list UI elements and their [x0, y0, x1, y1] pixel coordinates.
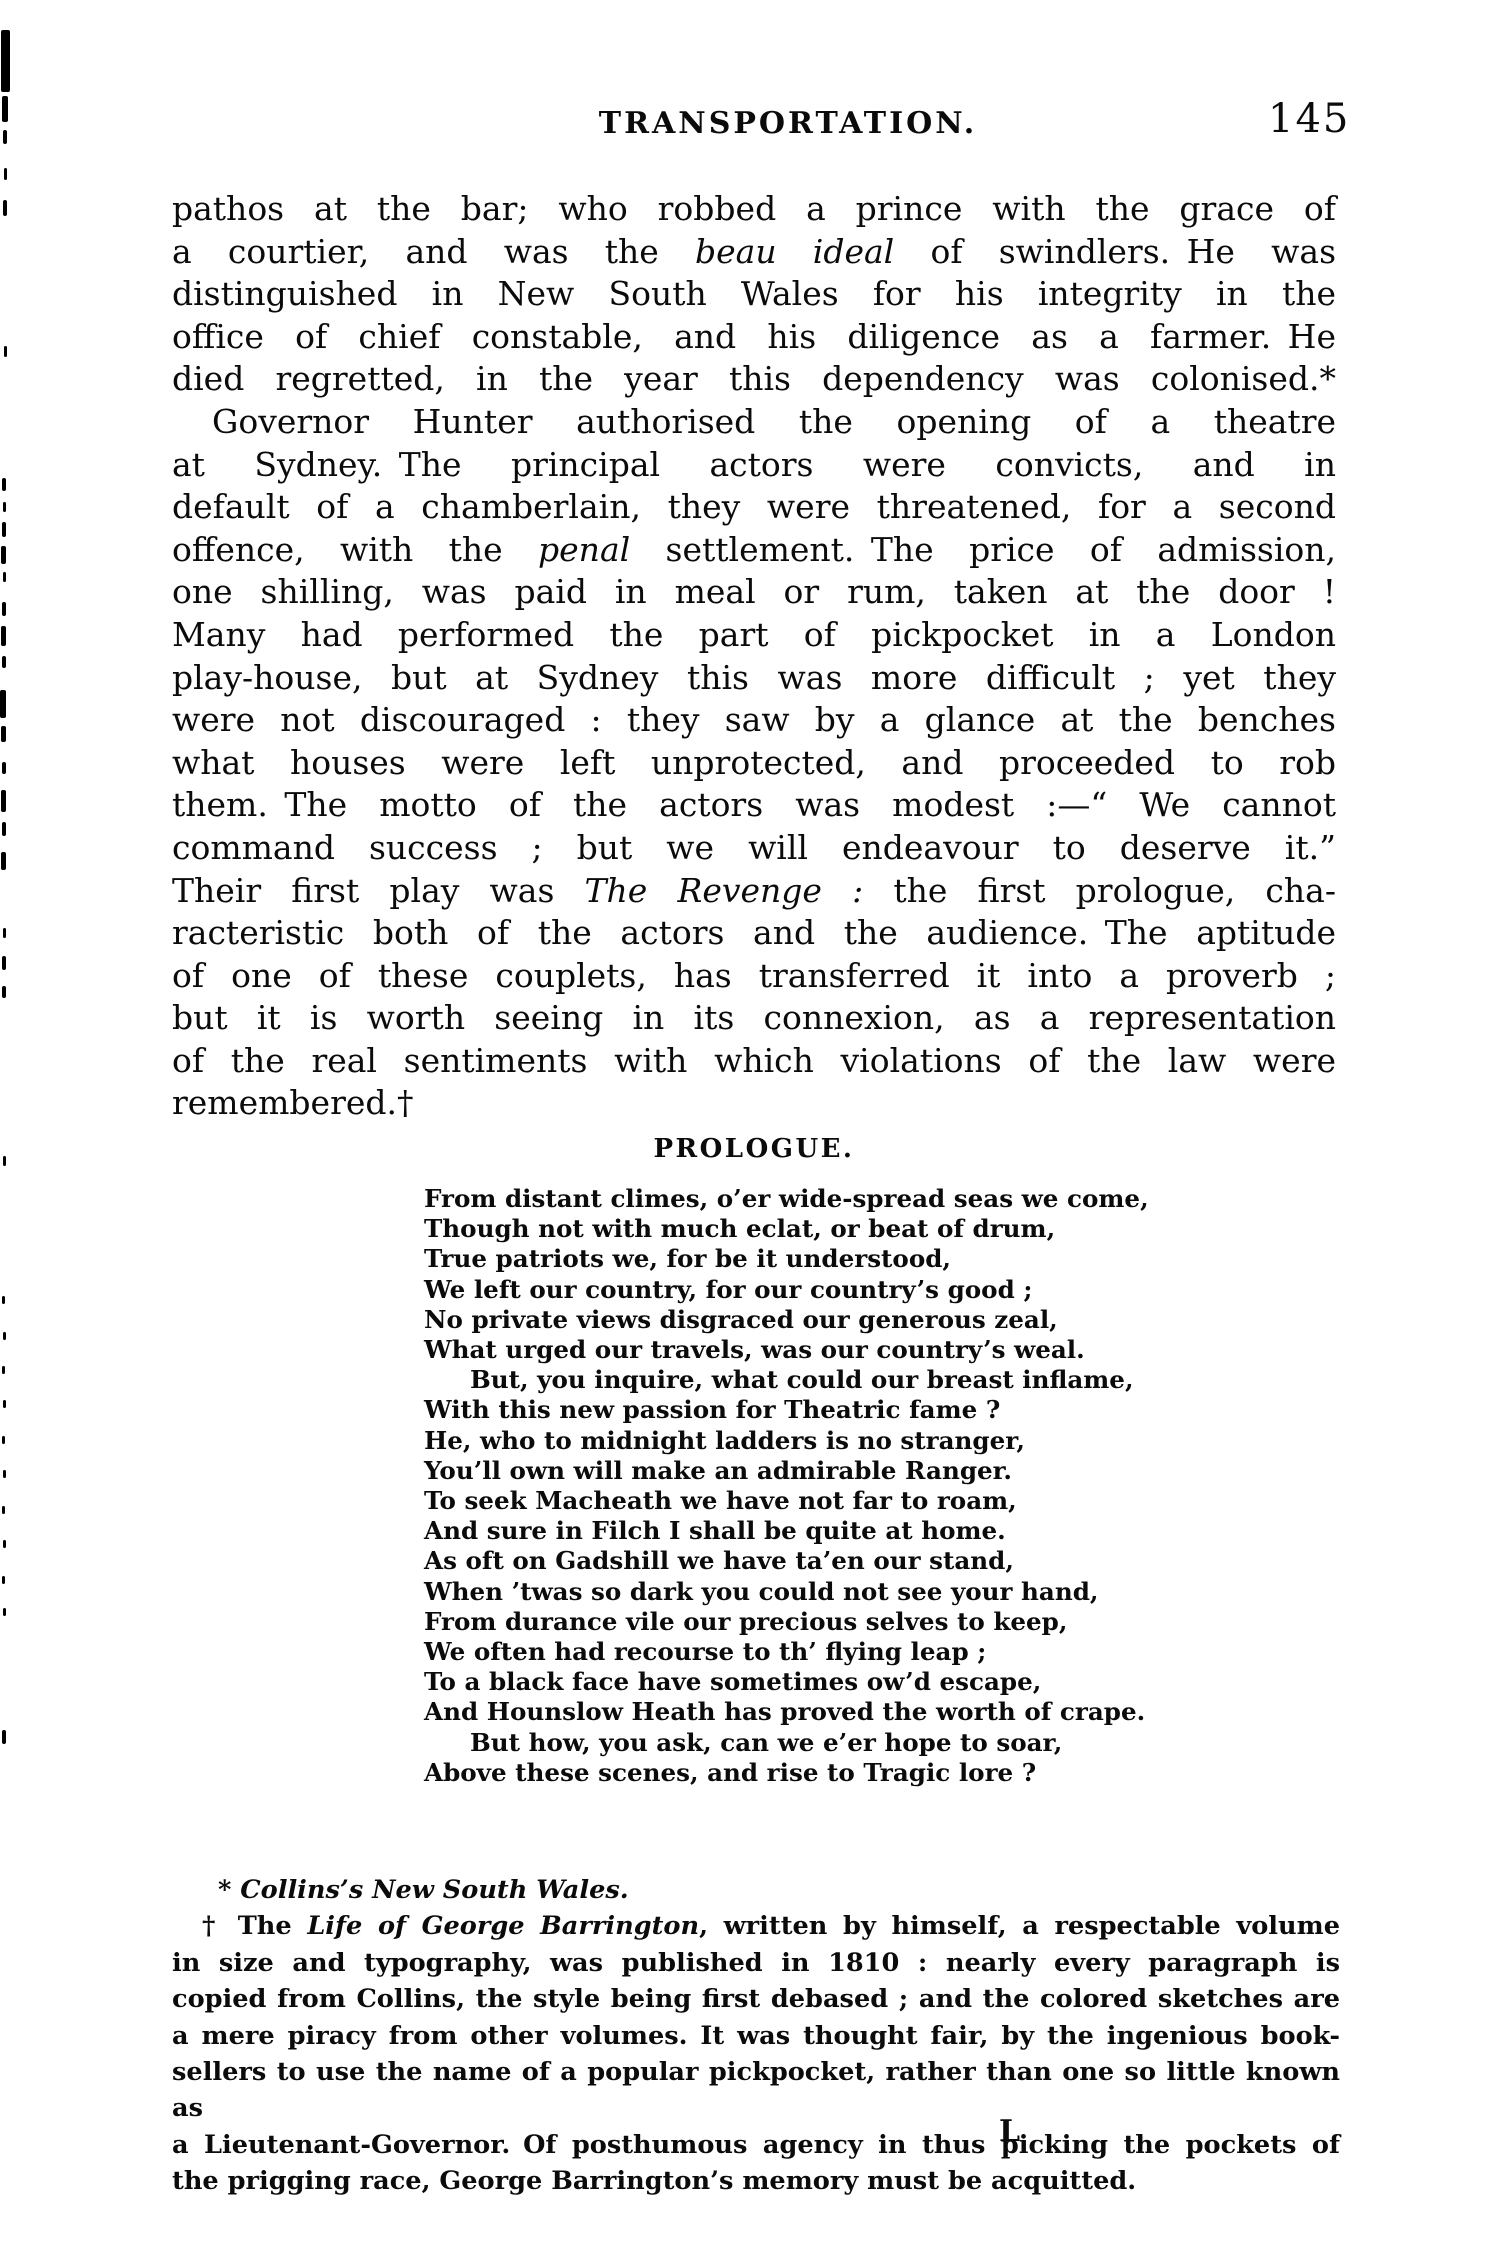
prologue-poem: From distant climes, o’er wide-spread se… [424, 1184, 1324, 1788]
scan-artifact [0, 690, 6, 718]
footnote-line: the prigging race, George Barrington’s m… [172, 2163, 1340, 2199]
prologue-heading: PROLOGUE. [172, 1134, 1336, 1164]
scan-artifact [3, 928, 6, 938]
body-text-line: offence, with the penal settlement. The … [172, 529, 1336, 572]
body-text-line: distinguished in New South Wales for his… [172, 273, 1336, 316]
footnote-line: a Lieutenant-Governor. Of posthumous age… [172, 2127, 1340, 2163]
scan-artifact [2, 478, 6, 491]
poem-line: And Hounslow Heath has proved the worth … [424, 1697, 1324, 1727]
footnotes: * Collins’s New South Wales.† The Life o… [172, 1872, 1340, 2200]
poem-line: True patriots we, for be it understood, [424, 1244, 1324, 1274]
body-text-line: died regretted, in the year this depende… [172, 358, 1336, 401]
scan-artifact [2, 96, 8, 122]
scan-artifact [3, 1470, 6, 1478]
footnote-line: a mere piracy from other volumes. It was… [172, 2018, 1340, 2054]
poem-line: As oft on Gadshill we have ta’en our sta… [424, 1546, 1324, 1576]
body-text: pathos at the bar; who robbed a prince w… [172, 188, 1336, 1125]
body-text-line: Governor Hunter authorised the opening o… [172, 401, 1336, 444]
scan-artifact [4, 168, 7, 180]
poem-line: From distant climes, o’er wide-spread se… [424, 1184, 1324, 1214]
body-text-line: play-house, but at Sydney this was more … [172, 657, 1336, 700]
body-text-line: Their first play was The Revenge : the f… [172, 870, 1336, 913]
scan-artifact [2, 1296, 5, 1304]
scan-artifact [2, 1366, 5, 1374]
body-text-line: what houses were left unprotected, and p… [172, 742, 1336, 785]
page-number: 145 [1268, 96, 1350, 142]
poem-line: To a black face have sometimes ow’d esca… [424, 1667, 1324, 1697]
scan-artifact [1, 790, 6, 812]
poem-line: Above these scenes, and rise to Tragic l… [424, 1758, 1324, 1788]
body-text-line: office of chief constable, and his dilig… [172, 316, 1336, 359]
scan-artifact [3, 502, 6, 512]
scan-artifact [2, 1576, 5, 1584]
poem-line: You’ll own will make an admirable Ranger… [424, 1456, 1324, 1486]
scan-artifact [3, 1156, 6, 1166]
scan-artifact [3, 1332, 6, 1340]
scan-artifact [2, 1506, 5, 1514]
scan-artifact [1, 626, 6, 646]
poem-line: And sure in Filch I shall be quite at ho… [424, 1516, 1324, 1546]
body-text-line: them. The motto of the actors was modest… [172, 784, 1336, 827]
scan-artifact [3, 572, 6, 582]
poem-line: But, you inquire, what could our breast … [424, 1365, 1324, 1395]
poem-line: But how, you ask, can we e’er hope to so… [424, 1728, 1324, 1758]
body-text-line: command success ; but we will endeavour … [172, 827, 1336, 870]
scan-artifact [2, 1436, 5, 1444]
footnote-line: * Collins’s New South Wales. [172, 1872, 1340, 1908]
body-text-line: of one of these couplets, has transferre… [172, 955, 1336, 998]
scan-artifact [3, 130, 7, 144]
scan-artifact [2, 522, 6, 537]
poem-line: No private views disgraced our generous … [424, 1305, 1324, 1335]
scan-artifact [1, 546, 6, 564]
poem-line: With this new passion for Theatric fame … [424, 1395, 1324, 1425]
poem-line: When ’twas so dark you could not see you… [424, 1577, 1324, 1607]
scan-artifact [2, 602, 6, 616]
poem-line: Though not with much eclat, or beat of d… [424, 1214, 1324, 1244]
poem-line: We left our country, for our country’s g… [424, 1275, 1324, 1305]
footnote-line: † The Life of George Barrington, written… [172, 1908, 1340, 1944]
scan-artifact [1, 30, 10, 92]
scanned-book-page: TRANSPORTATION. 145 pathos at the bar; w… [0, 0, 1486, 2242]
scan-artifact [3, 1608, 6, 1616]
poem-line: He, who to midnight ladders is no strang… [424, 1426, 1324, 1456]
scan-artifact [3, 1540, 6, 1548]
body-text-line: of the real sentiments with which violat… [172, 1040, 1336, 1083]
scan-artifact [2, 656, 6, 668]
body-text-line: at Sydney. The principal actors were con… [172, 444, 1336, 487]
footnote-line: in size and typography, was published in… [172, 1945, 1340, 1981]
body-text-line: racteristic both of the actors and the a… [172, 912, 1336, 955]
scan-artifact [4, 346, 7, 357]
poem-line: To seek Macheath we have not far to roam… [424, 1486, 1324, 1516]
scan-artifact [1, 726, 6, 742]
scan-artifact [2, 762, 6, 774]
scan-artifact [3, 200, 7, 216]
body-text-line: remembered.† [172, 1082, 1336, 1125]
footnote-line: copied from Collins, the style being fir… [172, 1981, 1340, 2017]
scan-artifact [2, 1730, 6, 1744]
body-text-line: were not discouraged : they saw by a gla… [172, 699, 1336, 742]
body-text-line: a courtier, and was the beau ideal of sw… [172, 231, 1336, 274]
body-text-line: but it is worth seeing in its connexion,… [172, 997, 1336, 1040]
body-text-line: default of a chamberlain, they were thre… [172, 486, 1336, 529]
body-text-line: Many had performed the part of pickpocke… [172, 614, 1336, 657]
scan-artifact [2, 822, 6, 836]
body-text-line: pathos at the bar; who robbed a prince w… [172, 188, 1336, 231]
poem-line: What urged our travels, was our country’… [424, 1335, 1324, 1365]
poem-line: From durance vile our precious selves to… [424, 1607, 1324, 1637]
scan-artifact [3, 1400, 6, 1408]
scan-artifact [1, 852, 6, 870]
body-text-line: one shilling, was paid in meal or rum, t… [172, 571, 1336, 614]
scan-artifact [2, 986, 6, 998]
footnote-line: sellers to use the name of a popular pic… [172, 2054, 1340, 2127]
scan-artifact [2, 956, 6, 970]
poem-line: We often had recourse to th’ flying leap… [424, 1637, 1324, 1667]
printer-signature-mark: L [999, 2114, 1021, 2149]
